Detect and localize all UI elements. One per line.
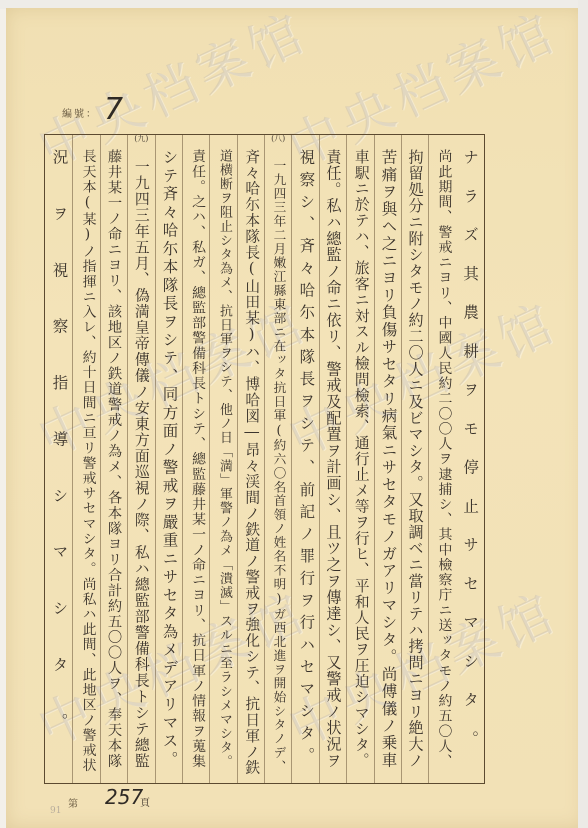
manuscript-column: 責任。之ハ、私ガ、總監部警備科長トシテ、總監藤井某一ノ命ニヨリ、抗日軍ノ情報ヲ蒐… <box>182 135 209 783</box>
scan-border-right <box>578 0 588 828</box>
manuscript-column: (九)一九四三年五月、偽満皇帝傳儀ノ安東方面巡視ノ際、私ハ總監部警備科長トシテ總… <box>127 135 154 783</box>
column-text: 一九四三年五月、偽満皇帝傳儀ノ安東方面巡視ノ際、私ハ總監部警備科長トシテ總監 <box>134 159 149 769</box>
manuscript-column: (八)一九四三年二月嫩江縣東部ニ在ッタ抗日軍(約六〇名首領ノ姓名不明)ガ西北進ヲ… <box>264 135 291 783</box>
serial-number: 7 <box>104 92 123 127</box>
column-text: 苦痛ヲ與ヘ之ニヨリ負傷サセタリ病氣ニサセタモノガアリマシタ。尚傅儀ノ乗車 <box>380 149 396 769</box>
column-text: 道横断ヲ阻止シタ為メ、抗日軍ヲシテ、他ノ日「満」軍警ノ為メ「潰滅」スルニ至ラシメ… <box>217 149 230 769</box>
page-prefix: 第 <box>68 795 78 810</box>
manuscript-column: 苦痛ヲ與ヘ之ニヨリ負傷サセタリ病氣ニサセタモノガアリマシタ。尚傅儀ノ乗車 <box>374 135 401 783</box>
section-marker: (八) <box>271 133 285 144</box>
manuscript-column: 況ヲ視察指導シマシタ。 <box>45 135 72 783</box>
manuscript-column: 藤井某一ノ命ニヨリ、該地区ノ鉄道警戒ノ為メ、各本隊ヨリ合計約五〇〇人ヲ、奉天本隊 <box>100 135 127 783</box>
section-marker: (九) <box>134 133 148 144</box>
manuscript-column: 視察シ、斉々哈尓本隊長ヲシテ、前記ノ罪行ヲ行ハセマシタ。 <box>291 135 318 783</box>
column-text: 一九四三年二月嫩江縣東部ニ在ッタ抗日軍(約六〇名首領ノ姓名不明)ガ西北進ヲ開始シ… <box>272 159 285 774</box>
column-text: ナラズ其農耕ヲモ停止サセマシタ。 <box>462 149 478 769</box>
serial-label: 編號： <box>62 105 98 120</box>
column-text: 尚此期間、警戒ニヨリ、中國人民約二〇〇人ヲ逮捕シ、其中檢察庁ニ送ッタモノ約五〇人… <box>435 149 449 769</box>
manuscript-column: 車駅ニ於テハ、旅客ニ対スル檢問檢索、通行止メ等ヲ行ヒ、平和人民ヲ圧迫シマシタ。 <box>346 135 373 783</box>
manuscript-column: シテ斉々哈尓本隊長ヲシテ、同方面ノ警戒ヲ嚴重ニサセタ為メデアリマス。 <box>155 135 182 783</box>
manuscript-column: 尚此期間、警戒ニヨリ、中國人民約二〇〇人ヲ逮捕シ、其中檢察庁ニ送ッタモノ約五〇人… <box>428 135 455 783</box>
column-text: 責任。私ハ總監ノ命ニ依リ、警戒及配置ヲ計画シ、且ツ之ヲ傳達シ、又警戒ノ状況ヲ <box>325 149 340 769</box>
manuscript-column: ナラズ其農耕ヲモ停止サセマシタ。 <box>456 135 483 783</box>
pencil-mark: 91 <box>50 806 61 816</box>
manuscript-column: 道横断ヲ阻止シタ為メ、抗日軍ヲシテ、他ノ日「満」軍警ノ為メ「潰滅」スルニ至ラシメ… <box>209 135 236 783</box>
manuscript-column: 拘留処分ニ附シタモノ約二〇人ニ及ビマシタ。又取調ベニ當リテハ拷問ニヨリ絶大ノ <box>401 135 428 783</box>
column-text: 視察シ、斉々哈尓本隊長ヲシテ、前記ノ罪行ヲ行ハセマシタ。 <box>298 149 314 769</box>
column-text: 拘留処分ニ附シタモノ約二〇人ニ及ビマシタ。又取調ベニ當リテハ拷問ニヨリ絶大ノ <box>408 149 423 769</box>
manuscript-grid: ナラズ其農耕ヲモ停止サセマシタ。尚此期間、警戒ニヨリ、中國人民約二〇〇人ヲ逮捕シ… <box>44 134 485 784</box>
column-text: 斉々哈尓本隊長(山田某)ハ、博哈図―昂々渓間ノ鉄道ノ警戒ヲ強化シテ、抗日軍ノ鉄 <box>243 149 258 776</box>
manuscript-column: 長天本(某)ノ指揮ニ入レ、約十日間ニ亘リ警戒サセマシタ。尚私ハ此間、此地区ノ警戒… <box>72 135 99 783</box>
page-suffix: 頁 <box>140 794 150 809</box>
column-text: 藤井某一ノ命ニヨリ、該地区ノ鉄道警戒ノ為メ、各本隊ヨリ合計約五〇〇人ヲ、奉天本隊 <box>107 149 121 769</box>
column-text: 長天本(某)ノ指揮ニ入レ、約十日間ニ亘リ警戒サセマシタ。尚私ハ此間、此地区ノ警戒… <box>80 149 94 773</box>
column-text: シテ斉々哈尓本隊長ヲシテ、同方面ノ警戒ヲ嚴重ニサセタ為メデアリマス。 <box>161 149 177 769</box>
column-text: 況ヲ視察指導シマシタ。 <box>51 149 67 769</box>
manuscript-column: 責任。私ハ總監ノ命ニ依リ、警戒及配置ヲ計画シ、且ツ之ヲ傳達シ、又警戒ノ状況ヲ <box>319 135 346 783</box>
page-number: 257 <box>105 785 143 809</box>
column-text: 責任。之ハ、私ガ、總監部警備科長トシテ、總監藤井某一ノ命ニヨリ、抗日軍ノ情報ヲ蒐… <box>189 149 203 769</box>
manuscript-column: 斉々哈尓本隊長(山田某)ハ、博哈図―昂々渓間ノ鉄道ノ警戒ヲ強化シテ、抗日軍ノ鉄 <box>237 135 264 783</box>
column-text: 車駅ニ於テハ、旅客ニ対スル檢問檢索、通行止メ等ヲ行ヒ、平和人民ヲ圧迫シマシタ。 <box>353 149 368 769</box>
